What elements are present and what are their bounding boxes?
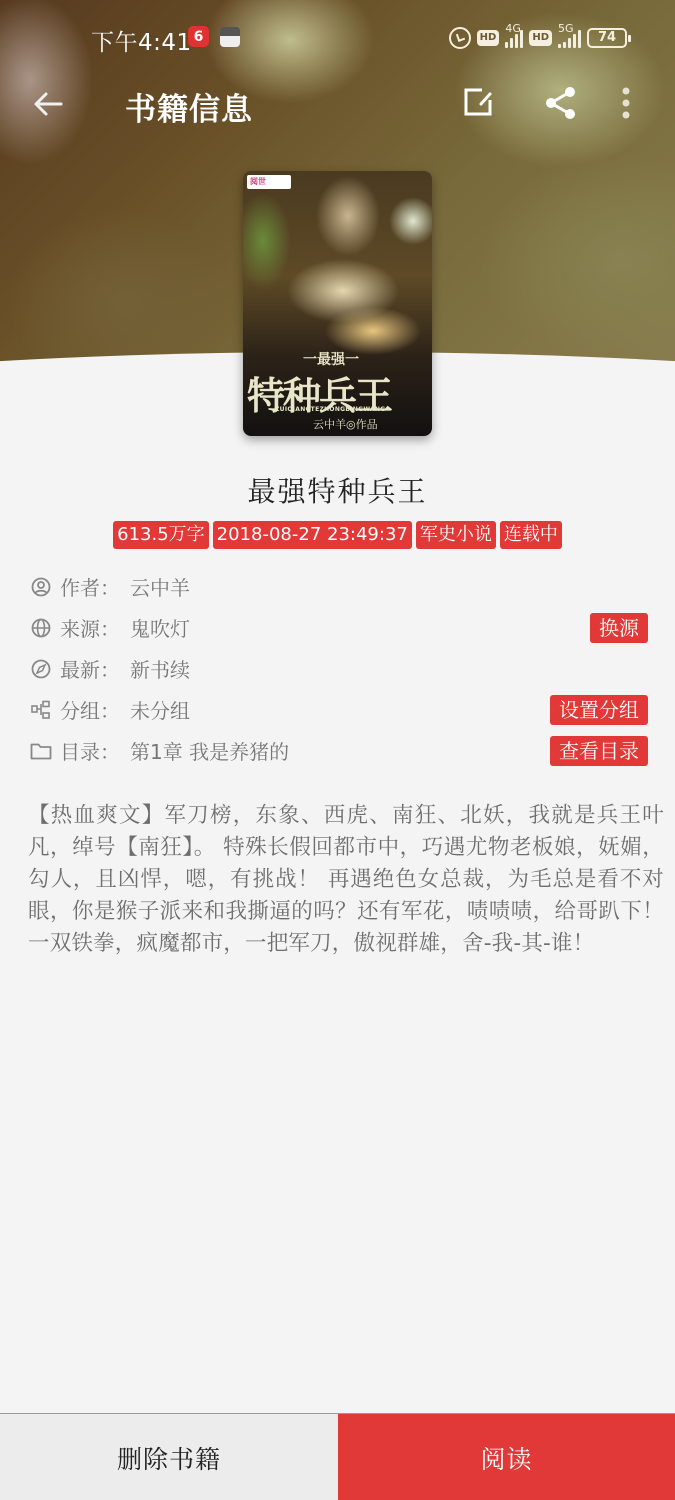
set-group-button[interactable]: 设置分组 bbox=[550, 695, 648, 725]
hd-icon: HD bbox=[529, 30, 552, 46]
signal-5g-icon: 5G bbox=[558, 28, 581, 48]
status-bar: 下午4:41 6 HD 4G HD 5G 74 bbox=[0, 0, 675, 74]
cover-author: 云中羊◎作品 bbox=[313, 416, 378, 432]
author-row: 作者： 云中羊 bbox=[30, 566, 650, 607]
cover-pinyin: ZUIQIANGTEZHONGBINGWANG bbox=[275, 406, 385, 413]
book-description: 【热血爽文】军刀榜，东象、西虎、南狂、北妖，我就是兵王叶凡，绰号【南狂】。 特殊… bbox=[28, 800, 664, 960]
view-toc-button[interactable]: 查看目录 bbox=[550, 736, 648, 766]
source-row: 来源： 鬼吹灯 换源 bbox=[30, 607, 650, 648]
read-button[interactable]: 阅读 bbox=[338, 1414, 675, 1500]
music-app-notification-icon: 6 bbox=[188, 26, 209, 47]
word-count-tag: 613.5万字 bbox=[113, 521, 209, 549]
alarm-icon bbox=[449, 27, 471, 49]
author-value[interactable]: 云中羊 bbox=[130, 572, 190, 601]
signal-4g-icon: 4G bbox=[505, 28, 523, 48]
group-row: 分组： 未分组 设置分组 bbox=[30, 689, 650, 730]
publisher-logo: 阅世 bbox=[247, 175, 291, 189]
category-tag: 军史小说 bbox=[416, 521, 496, 549]
app-bar: 书籍信息 bbox=[0, 74, 675, 136]
back-arrow-icon bbox=[33, 91, 63, 117]
status-icons: HD 4G HD 5G 74 bbox=[449, 26, 627, 50]
battery-icon: 74 bbox=[587, 28, 627, 48]
share-icon bbox=[545, 86, 577, 120]
author-icon bbox=[30, 576, 52, 598]
more-options-button[interactable] bbox=[620, 86, 654, 124]
page-title: 书籍信息 bbox=[125, 84, 253, 129]
source-label: 来源： bbox=[60, 613, 120, 642]
edit-icon bbox=[462, 86, 494, 118]
group-icon bbox=[30, 699, 52, 721]
hd-icon: HD bbox=[477, 30, 500, 46]
folder-icon bbox=[30, 740, 52, 762]
delete-book-button[interactable]: 删除书籍 bbox=[0, 1414, 338, 1500]
update-time-tag: 2018-08-27 23:49:37 bbox=[213, 521, 412, 549]
book-tags: 613.5万字 2018-08-27 23:49:37 军史小说 连载中 bbox=[0, 521, 675, 549]
back-button[interactable] bbox=[28, 84, 68, 124]
book-cover[interactable]: 阅世 一最强一 特种兵王 ZUIQIANGTEZHONGBINGWANG 云中羊… bbox=[243, 171, 432, 436]
more-vertical-icon bbox=[620, 86, 632, 120]
latest-value: 新书续 bbox=[130, 654, 190, 683]
bottom-action-bar: 删除书籍 阅读 bbox=[0, 1413, 675, 1500]
source-value: 鬼吹灯 bbox=[130, 613, 190, 642]
toc-row: 目录： 第1章 我是养猪的 查看目录 bbox=[30, 730, 650, 771]
toc-label: 目录： bbox=[60, 736, 120, 765]
group-label: 分组： bbox=[60, 695, 120, 724]
toc-value[interactable]: 第1章 我是养猪的 bbox=[130, 736, 289, 765]
reader-app-notification-icon bbox=[220, 27, 240, 47]
edit-button[interactable] bbox=[462, 86, 500, 124]
book-info-list: 作者： 云中羊 来源： 鬼吹灯 换源 最新： 新书续 分组： 未分组 设置分组 … bbox=[30, 566, 650, 771]
latest-row: 最新： 新书续 bbox=[30, 648, 650, 689]
author-label: 作者： bbox=[60, 572, 120, 601]
book-title: 最强特种兵王 bbox=[0, 470, 675, 510]
status-time: 下午4:41 bbox=[91, 24, 192, 57]
share-button[interactable] bbox=[545, 86, 583, 124]
group-value: 未分组 bbox=[130, 695, 190, 724]
compass-icon bbox=[30, 658, 52, 680]
status-tag: 连载中 bbox=[500, 521, 562, 549]
globe-icon bbox=[30, 617, 52, 639]
change-source-button[interactable]: 换源 bbox=[590, 613, 648, 643]
latest-label: 最新： bbox=[60, 654, 120, 683]
